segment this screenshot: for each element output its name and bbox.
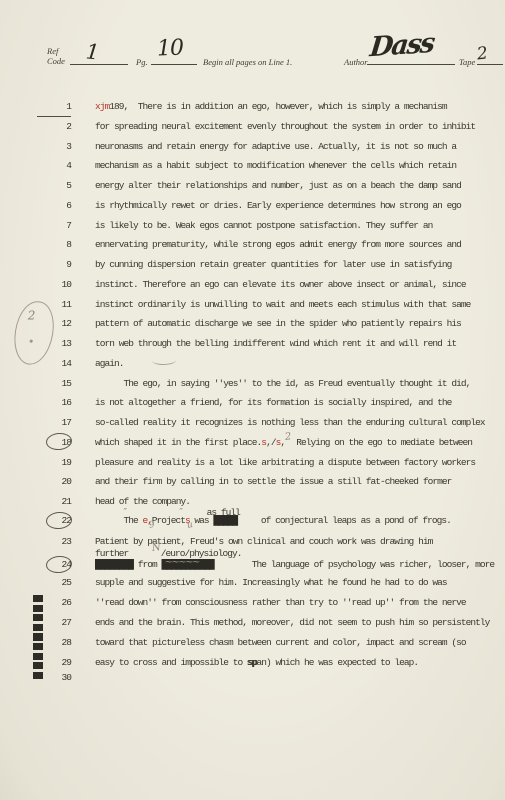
typewritten-text: easy to cross and impossible to bbox=[95, 657, 247, 668]
pg-blank-rule bbox=[151, 64, 197, 65]
line-number: 29 bbox=[45, 657, 71, 668]
typewritten-text: supple and suggestive for him. Increasin… bbox=[95, 577, 447, 588]
pencil-dot bbox=[30, 339, 33, 342]
manuscript-line-22: 22 The e,9Projectsu was █████ of conject… bbox=[45, 515, 451, 529]
typewritten-text: of conjectural leaps as a pond of frogs. bbox=[237, 515, 451, 526]
pencil-squiggle-annotation bbox=[152, 355, 176, 365]
typewritten-text: an) which he was expected to leap. bbox=[257, 657, 419, 668]
author-label: Author bbox=[344, 57, 368, 67]
typewritten-text: again. bbox=[95, 358, 124, 369]
manuscript-line-20: 20and their firm by calling in to settle… bbox=[45, 476, 451, 490]
redaction-mark: █████ bbox=[213, 515, 237, 526]
tape-value-handwritten: 2 bbox=[476, 43, 489, 64]
typewritten-text: ''read down'' from consciousness rather … bbox=[95, 597, 466, 608]
code-value-handwritten: 1 bbox=[85, 39, 101, 64]
typewritten-text: instinct. Therefore an ego can elevate i… bbox=[95, 279, 466, 290]
typewritten-text: pattern of automatic discharge we see in… bbox=[95, 318, 461, 329]
manuscript-line-24: 24████████ from ███████████ The language… bbox=[45, 559, 494, 573]
line-number: 7 bbox=[45, 220, 71, 231]
author-blank-rule bbox=[367, 64, 455, 65]
margin-oval-label: 2 bbox=[28, 308, 36, 322]
author-signature: Dass bbox=[368, 28, 434, 64]
page-number-handwritten: 10 bbox=[157, 36, 184, 62]
line-number: 23 bbox=[45, 536, 71, 547]
typewritten-text: The ego, in saying ''yes'' to the id, as… bbox=[95, 378, 470, 389]
typewritten-text: Patient by patient, Freud's own clinical… bbox=[95, 536, 432, 547]
redaction-mark: ███████████ bbox=[162, 559, 214, 570]
pg-label: Pg. bbox=[136, 57, 148, 67]
typewritten-text: Relying on the ego to mediate between bbox=[292, 437, 473, 448]
manuscript-line-17: 17so-called reality it recognizes is not… bbox=[45, 417, 485, 431]
pencil-annotation: 2 bbox=[285, 431, 292, 443]
line-number: 30 bbox=[45, 672, 71, 683]
line-number: 26 bbox=[45, 597, 71, 608]
typewritten-text: The bbox=[95, 515, 143, 526]
typewritten-text: by cunning dispersion retain greater qua… bbox=[95, 259, 451, 270]
square-mark bbox=[33, 643, 43, 650]
line-number: 8 bbox=[45, 239, 71, 250]
typewritten-text: for spreading neural excitement evenly t… bbox=[95, 121, 475, 132]
typewritten-text: from bbox=[133, 559, 162, 570]
pencil-annotation: u bbox=[186, 520, 194, 531]
typewritten-text: instinct ordinarily is unwilling to wait… bbox=[95, 299, 470, 310]
typewritten-text: and their firm by calling in to settle t… bbox=[95, 476, 451, 487]
line-number: 10 bbox=[45, 279, 71, 290]
line-number: 25 bbox=[45, 577, 71, 588]
manuscript-line-28: 28toward that pictureless chasm between … bbox=[45, 637, 466, 651]
line-number: 22 bbox=[45, 515, 71, 526]
manuscript-line-14: 14again. bbox=[45, 358, 124, 372]
typewritten-text: 189, There is in addition an ego, howeve… bbox=[109, 101, 446, 112]
line-number: 21 bbox=[45, 496, 71, 507]
manuscript-line-2: 2for spreading neural excitement evenly … bbox=[45, 121, 475, 135]
manuscript-line-4: 4mechanism as a habit subject to modific… bbox=[45, 160, 456, 174]
code-label: Code bbox=[47, 56, 65, 66]
square-mark bbox=[33, 595, 43, 602]
line-number: 4 bbox=[45, 160, 71, 171]
line-number: 14 bbox=[45, 358, 71, 369]
line-number: 2 bbox=[45, 121, 71, 132]
manuscript-line-10: 10instinct. Therefore an ego can elevate… bbox=[45, 279, 466, 293]
square-mark bbox=[33, 605, 43, 612]
manuscript-line-8: 8ennervating prematurity, while strong e… bbox=[45, 239, 461, 253]
manuscript-line-5: 5energy alter their relationships and nu… bbox=[45, 180, 461, 194]
typewritten-text: was bbox=[190, 515, 214, 526]
manuscript-line-18: 18which shaped it in the first place.s,/… bbox=[45, 437, 472, 451]
typewritten-text: so-called reality it recognizes is nothi… bbox=[95, 417, 485, 428]
manuscript-line-26: 26''read down'' from consciousness rathe… bbox=[45, 597, 466, 611]
manuscript-line-9: 9by cunning dispersion retain greater qu… bbox=[45, 259, 451, 273]
typewritten-text: torn web through the belling indifferent… bbox=[95, 338, 456, 349]
square-mark bbox=[33, 633, 43, 640]
line-number: 17 bbox=[45, 417, 71, 428]
manuscript-line-30: 30 bbox=[45, 672, 95, 686]
line-number: 18 bbox=[45, 437, 71, 448]
typewritten-text: further bbox=[95, 548, 152, 559]
registration-squares bbox=[33, 595, 43, 681]
typewritten-text: sp bbox=[247, 657, 257, 668]
typewritten-text: mechanism as a habit subject to modifica… bbox=[95, 160, 456, 171]
redaction-mark: ████████ bbox=[95, 559, 133, 570]
manuscript-line-3: 3neuronasms and retain energy for adapti… bbox=[45, 141, 456, 155]
typewritten-text: Project bbox=[152, 515, 185, 526]
code-blank-rule bbox=[70, 64, 128, 65]
line-number: 6 bbox=[45, 200, 71, 211]
line-number: 19 bbox=[45, 457, 71, 468]
manuscript-line-11: 11instinct ordinarily is unwilling to wa… bbox=[45, 299, 470, 313]
typewritten-text: toward that pictureless chasm between cu… bbox=[95, 637, 466, 648]
typewritten-text: is likely to be. Weak egos cannot postpo… bbox=[95, 220, 432, 231]
manuscript-line-16: 16is not altogether a friend, for its fo… bbox=[45, 397, 451, 411]
manuscript-line-1: 1xjm189, There is in addition an ego, ho… bbox=[45, 101, 447, 115]
square-mark bbox=[33, 624, 43, 631]
pencil-annotation: N bbox=[151, 542, 161, 554]
manuscript-line-6: 6is rhythmically rewet or dries. Early e… bbox=[45, 200, 461, 214]
manuscript-line-7: 7is likely to be. Weak egos cannot postp… bbox=[45, 220, 432, 234]
typewritten-text: is not altogether a friend, for its form… bbox=[95, 397, 451, 408]
square-mark bbox=[33, 672, 43, 679]
typewritten-text: pleasure and reality is a lot like arbit… bbox=[95, 457, 475, 468]
typewritten-text: head of the company. bbox=[95, 496, 190, 507]
manuscript-page: Ref Code 1 Pg. 10 Begin all pages on Lin… bbox=[0, 0, 505, 800]
typewritten-text: The language of psychology was richer, l… bbox=[214, 559, 494, 570]
line-number: 15 bbox=[45, 378, 71, 389]
typewritten-text: is rhythmically rewet or dries. Early ex… bbox=[95, 200, 461, 211]
typewritten-text: energy alter their relationships and num… bbox=[95, 180, 461, 191]
ref-label: Ref bbox=[47, 46, 58, 56]
manuscript-line-27: 27ends and the brain. This method, moreo… bbox=[45, 617, 489, 631]
line-number: 5 bbox=[45, 180, 71, 191]
manuscript-line-13: 13torn web through the belling indiffere… bbox=[45, 338, 456, 352]
red-correction: xjm bbox=[95, 101, 109, 112]
line-number: 27 bbox=[45, 617, 71, 628]
typewritten-text: which shaped it in the first place. bbox=[95, 437, 261, 448]
tape-label: Tape bbox=[459, 57, 475, 67]
line-number: 28 bbox=[45, 637, 71, 648]
manuscript-line-15: 15 The ego, in saying ''yes'' to the id,… bbox=[45, 378, 470, 392]
line-number: 1 bbox=[45, 101, 71, 112]
manuscript-line-19: 19pleasure and reality is a lot like arb… bbox=[45, 457, 475, 471]
square-mark bbox=[33, 653, 43, 660]
manuscript-line-25: 25supple and suggestive for him. Increas… bbox=[45, 577, 447, 591]
typewritten-text: ennervating prematurity, while strong eg… bbox=[95, 239, 461, 250]
typewritten-text: ends and the brain. This method, moreove… bbox=[95, 617, 489, 628]
manuscript-line-12: 12pattern of automatic discharge we see … bbox=[45, 318, 461, 332]
line-number: 20 bbox=[45, 476, 71, 487]
line-number: 24 bbox=[45, 559, 71, 570]
manuscript-line-29: 29easy to cross and impossible to span) … bbox=[45, 657, 418, 671]
line-number: 3 bbox=[45, 141, 71, 152]
square-mark bbox=[33, 614, 43, 621]
instruction-text: Begin all pages on Line 1. bbox=[203, 57, 292, 67]
line-number: 16 bbox=[45, 397, 71, 408]
typewritten-text: neuronasms and retain energy for adaptiv… bbox=[95, 141, 456, 152]
line-number: 9 bbox=[45, 259, 71, 270]
square-mark bbox=[33, 662, 43, 669]
